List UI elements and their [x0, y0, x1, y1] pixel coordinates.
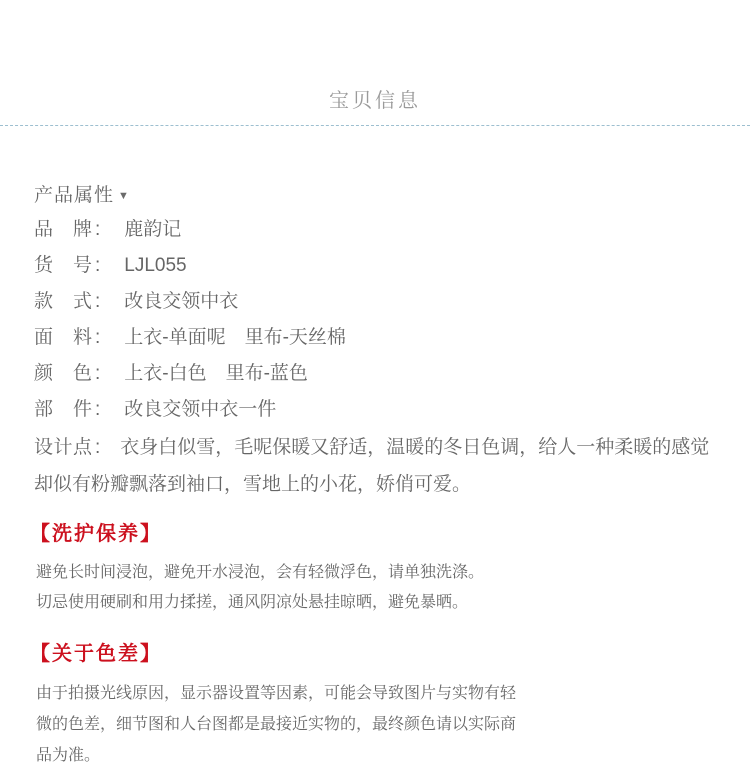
attribute-label: 货号	[34, 248, 92, 284]
product-attributes-heading-label: 产品属性	[34, 185, 114, 206]
attribute-colon: :	[95, 392, 100, 428]
attribute-colon: :	[95, 248, 100, 284]
attribute-row-fabric: 面料:上衣-单面呢 里布-天丝棉	[34, 320, 720, 356]
attribute-label: 设计点	[34, 429, 92, 466]
design-point-text: 衣身白似雪，毛呢保暖又舒适，温暖的冬日色调，给人一种柔暖的感觉却似有粉瓣飘落到袖…	[34, 437, 709, 495]
care-instructions-body: 避免长时间浸泡，避免开水浸泡，会有轻微浮色，请单独洗涤。 切忌使用硬刷和用力揉搓…	[34, 558, 720, 618]
attribute-row-brand: 品牌:鹿韵记	[34, 212, 720, 248]
care-instruction-line: 避免长时间浸泡，避免开水浸泡，会有轻微浮色，请单独洗涤。	[36, 558, 720, 588]
attribute-label: 颜色	[34, 356, 92, 392]
attribute-value: 上衣-单面呢 里布-天丝棉	[124, 327, 346, 348]
attribute-row-design-point: 设计点:衣身白似雪，毛呢保暖又舒适，温暖的冬日色调，给人一种柔暖的感觉却似有粉瓣…	[34, 429, 720, 503]
attribute-value: 改良交领中衣	[124, 291, 238, 312]
attribute-row-style: 款式:改良交领中衣	[34, 284, 720, 320]
color-difference-body: 由于拍摄光线原因，显示器设置等因素，可能会导致图片与实物有轻微的色差，细节图和人…	[34, 678, 720, 765]
attribute-label: 部件	[34, 392, 92, 428]
color-difference-section: 【关于色差】 由于拍摄光线原因，显示器设置等因素，可能会导致图片与实物有轻微的色…	[34, 640, 720, 765]
attribute-value: 鹿韵记	[124, 219, 181, 240]
dashed-divider	[0, 125, 750, 126]
color-difference-title: 【关于色差】	[30, 640, 720, 668]
color-difference-text: 由于拍摄光线原因，显示器设置等因素，可能会导致图片与实物有轻微的色差，细节图和人…	[36, 678, 522, 765]
main-content: 产品属性▼ 品牌:鹿韵记 货号:LJL055 款式:改良交领中衣 面料:上衣-单…	[0, 184, 750, 765]
attribute-colon: :	[95, 212, 100, 248]
care-instructions-title: 【洗护保养】	[30, 520, 720, 548]
chevron-down-icon: ▼	[118, 184, 130, 208]
attribute-colon: :	[95, 356, 100, 392]
attribute-label: 面料	[34, 320, 92, 356]
attribute-row-color: 颜色:上衣-白色 里布-蓝色	[34, 356, 720, 392]
attribute-colon: :	[95, 320, 100, 356]
attribute-label: 品牌	[34, 212, 92, 248]
care-instructions-section: 【洗护保养】 避免长时间浸泡，避免开水浸泡，会有轻微浮色，请单独洗涤。 切忌使用…	[34, 520, 720, 618]
product-attributes-heading[interactable]: 产品属性▼	[34, 184, 720, 208]
attribute-value: 改良交领中衣一件	[124, 399, 276, 420]
attribute-colon: :	[95, 284, 100, 320]
product-info-page: 宝贝信息 产品属性▼ 品牌:鹿韵记 货号:LJL055 款式:改良交领中衣 面料…	[0, 0, 750, 765]
care-instruction-line: 切忌使用硬刷和用力揉搓，通风阴凉处悬挂晾晒，避免暴晒。	[36, 588, 720, 618]
page-title: 宝贝信息	[0, 84, 750, 113]
attribute-colon: :	[95, 429, 100, 466]
attribute-row-item-number: 货号:LJL055	[34, 248, 720, 284]
page-header: 宝贝信息	[0, 0, 750, 113]
attribute-value: 上衣-白色 里布-蓝色	[124, 363, 308, 384]
attribute-row-parts: 部件:改良交领中衣一件	[34, 392, 720, 428]
attribute-list: 品牌:鹿韵记 货号:LJL055 款式:改良交领中衣 面料:上衣-单面呢 里布-…	[34, 212, 720, 503]
attribute-value: LJL055	[124, 255, 186, 276]
attribute-label: 款式	[34, 284, 92, 320]
